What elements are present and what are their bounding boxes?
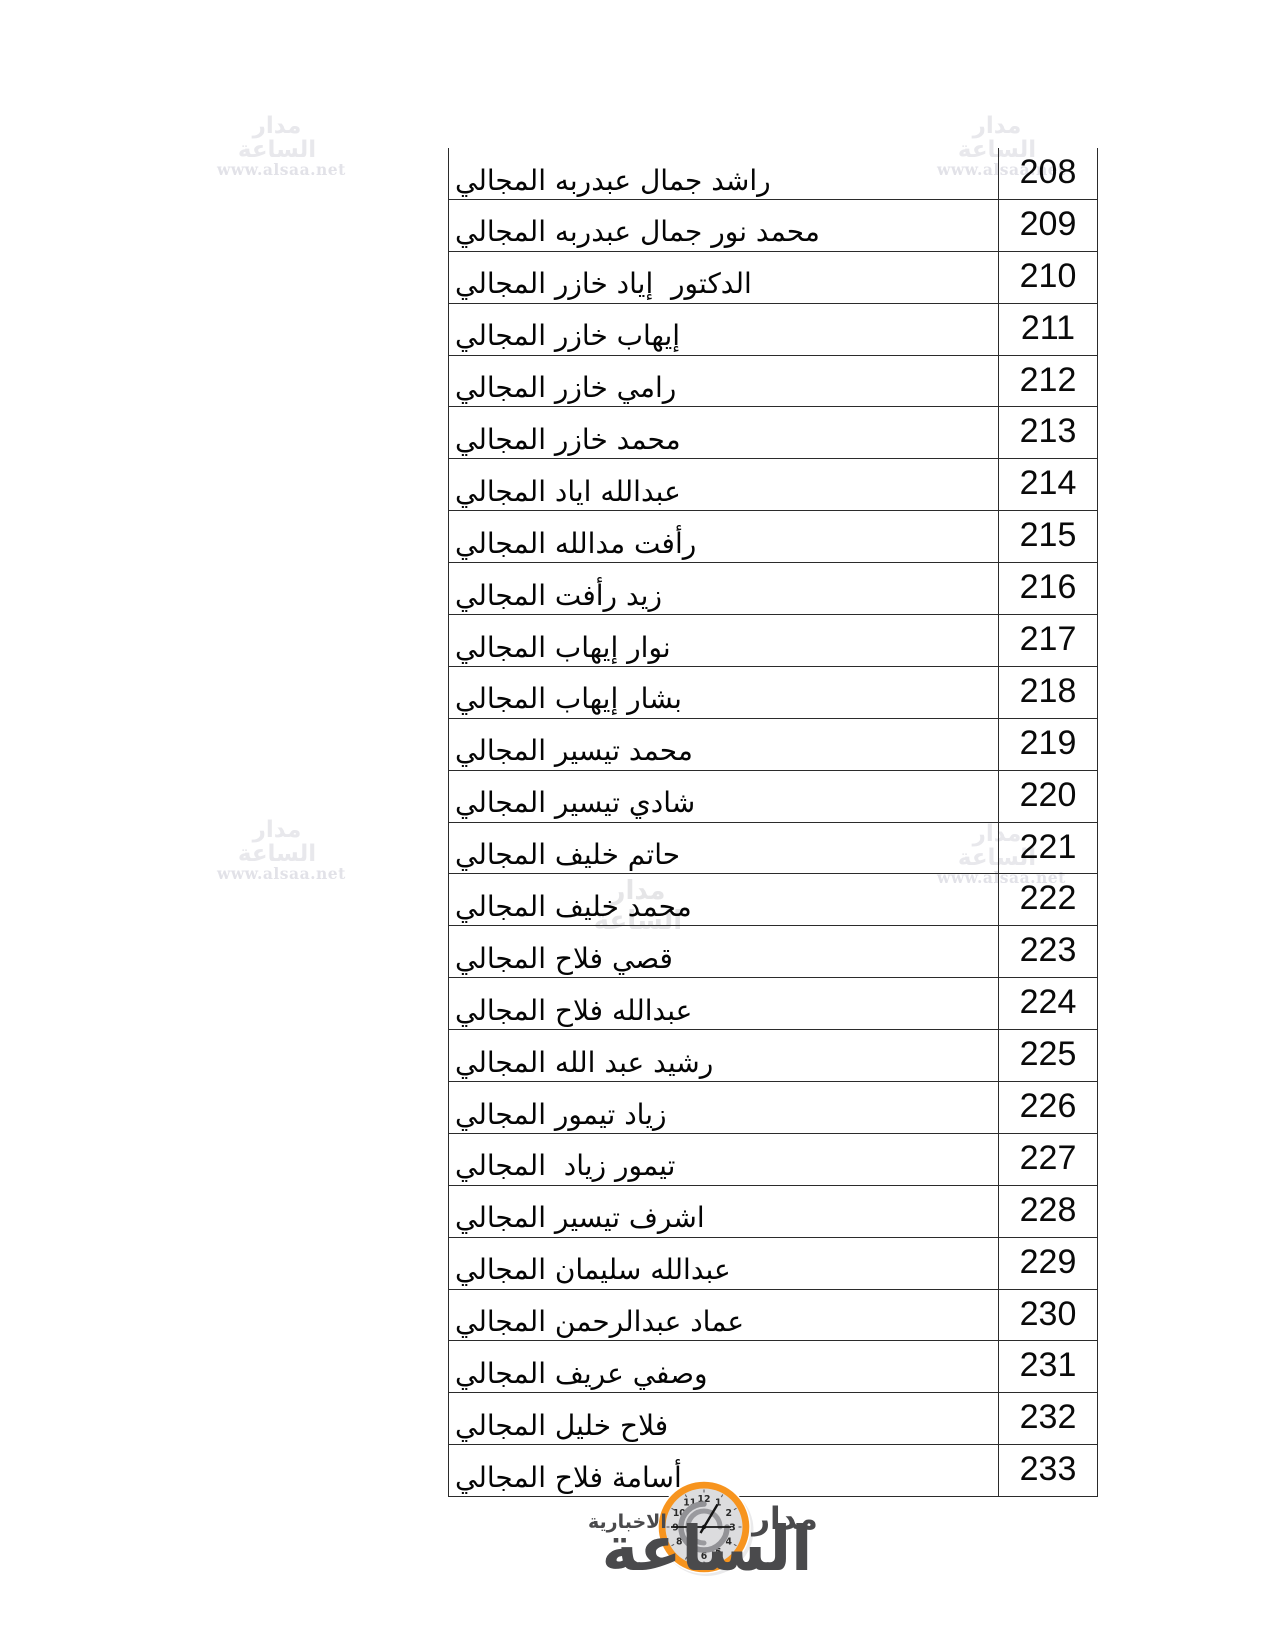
site-logo: 121234567891011 الاخبارية مدار الساعة (560, 1460, 860, 1620)
table-row: راشد جمال عبدربه المجالي208 (449, 148, 1097, 200)
member-name-cell: عماد عبدالرحمن المجالي (449, 1290, 998, 1341)
member-number-cell: 223 (998, 926, 1097, 977)
document-page: مدار الساعة www.alsaa.net مدار الساعة ww… (0, 0, 1275, 1650)
table-row: نوار إيهاب المجالي217 (449, 615, 1097, 667)
table-row: الدكتور إياد خازر المجالي210 (449, 252, 1097, 304)
member-number-cell: 220 (998, 771, 1097, 822)
table-row: تيمور زياد المجالي227 (449, 1134, 1097, 1186)
member-name-cell: الدكتور إياد خازر المجالي (449, 252, 998, 303)
table-row: عبدالله اياد المجالي214 (449, 459, 1097, 511)
member-number-cell: 226 (998, 1082, 1097, 1133)
member-number-cell: 232 (998, 1393, 1097, 1444)
member-number-cell: 225 (998, 1030, 1097, 1081)
watermark-url-text: www.alsaa.net (217, 162, 337, 178)
member-name-cell: شادي تيسير المجالي (449, 771, 998, 822)
member-number-cell: 208 (998, 148, 1097, 199)
member-name-cell: بشار إيهاب المجالي (449, 667, 998, 718)
member-number-cell: 219 (998, 719, 1097, 770)
member-name-cell: عبدالله سليمان المجالي (449, 1238, 998, 1289)
table-row: محمد تيسير المجالي219 (449, 719, 1097, 771)
member-name-cell: رأفت مدالله المجالي (449, 511, 998, 562)
member-name-cell: وصفي عريف المجالي (449, 1341, 998, 1392)
member-number-cell: 216 (998, 563, 1097, 614)
table-row: رأفت مدالله المجالي215 (449, 511, 1097, 563)
table-row: عماد عبدالرحمن المجالي230 (449, 1290, 1097, 1342)
table-row: محمد خليف المجالي222 (449, 874, 1097, 926)
table-row: عبدالله سليمان المجالي229 (449, 1238, 1097, 1290)
member-name-cell: قصي فلاح المجالي (449, 926, 998, 977)
table-row: وصفي عريف المجالي231 (449, 1341, 1097, 1393)
member-name-cell: محمد خليف المجالي (449, 874, 998, 925)
member-number-cell: 230 (998, 1290, 1097, 1341)
table-row: زيد رأفت المجالي216 (449, 563, 1097, 615)
table-row: اشرف تيسير المجالي228 (449, 1186, 1097, 1238)
table-row: محمد خازر المجالي213 (449, 407, 1097, 459)
member-number-cell: 210 (998, 252, 1097, 303)
watermark-mid-left: مدار الساعة www.alsaa.net (217, 818, 337, 883)
table-row: محمد نور جمال عبدربه المجالي209 (449, 200, 1097, 252)
table-row: إيهاب خازر المجالي211 (449, 304, 1097, 356)
table-row: زياد تيمور المجالي226 (449, 1082, 1097, 1134)
member-number-cell: 212 (998, 356, 1097, 407)
member-name-cell: عبدالله فلاح المجالي (449, 978, 998, 1029)
table-row: عبدالله فلاح المجالي224 (449, 978, 1097, 1030)
watermark-url-text: www.alsaa.net (217, 866, 337, 882)
table-row: حاتم خليف المجالي221 (449, 823, 1097, 875)
member-name-cell: زيد رأفت المجالي (449, 563, 998, 614)
table-row: رشيد عبد الله المجالي225 (449, 1030, 1097, 1082)
member-name-cell: راشد جمال عبدربه المجالي (449, 148, 998, 199)
member-number-cell: 217 (998, 615, 1097, 666)
member-number-cell: 228 (998, 1186, 1097, 1237)
member-number-cell: 211 (998, 304, 1097, 355)
table-row: بشار إيهاب المجالي218 (449, 667, 1097, 719)
table-row: فلاح خليل المجالي232 (449, 1393, 1097, 1445)
member-name-cell: تيمور زياد المجالي (449, 1134, 998, 1185)
member-number-cell: 224 (998, 978, 1097, 1029)
member-number-cell: 227 (998, 1134, 1097, 1185)
member-name-cell: رشيد عبد الله المجالي (449, 1030, 998, 1081)
member-name-cell: نوار إيهاب المجالي (449, 615, 998, 666)
member-name-cell: محمد تيسير المجالي (449, 719, 998, 770)
member-number-cell: 213 (998, 407, 1097, 458)
member-number-cell: 221 (998, 823, 1097, 874)
member-name-cell: محمد خازر المجالي (449, 407, 998, 458)
member-number-cell: 214 (998, 459, 1097, 510)
member-number-cell: 209 (998, 200, 1097, 251)
member-number-cell: 222 (998, 874, 1097, 925)
member-name-cell: حاتم خليف المجالي (449, 823, 998, 874)
roster-table: راشد جمال عبدربه المجالي208محمد نور جمال… (448, 148, 1098, 1497)
watermark-top-left: مدار الساعة www.alsaa.net (217, 114, 337, 179)
member-name-cell: عبدالله اياد المجالي (449, 459, 998, 510)
member-name-cell: فلاح خليل المجالي (449, 1393, 998, 1444)
table-row: رامي خازر المجالي212 (449, 356, 1097, 408)
member-name-cell: رامي خازر المجالي (449, 356, 998, 407)
member-number-cell: 233 (998, 1445, 1097, 1496)
member-name-cell: إيهاب خازر المجالي (449, 304, 998, 355)
table-row: شادي تيسير المجالي220 (449, 771, 1097, 823)
member-name-cell: زياد تيمور المجالي (449, 1082, 998, 1133)
watermark-brand-text: مدار الساعة (217, 114, 337, 162)
member-name-cell: اشرف تيسير المجالي (449, 1186, 998, 1237)
member-number-cell: 231 (998, 1341, 1097, 1392)
member-number-cell: 229 (998, 1238, 1097, 1289)
member-name-cell: محمد نور جمال عبدربه المجالي (449, 200, 998, 251)
table-row: قصي فلاح المجالي223 (449, 926, 1097, 978)
watermark-brand-text: مدار الساعة (217, 818, 337, 866)
member-number-cell: 215 (998, 511, 1097, 562)
member-number-cell: 218 (998, 667, 1097, 718)
logo-word-alsaa: الساعة (594, 1518, 820, 1580)
